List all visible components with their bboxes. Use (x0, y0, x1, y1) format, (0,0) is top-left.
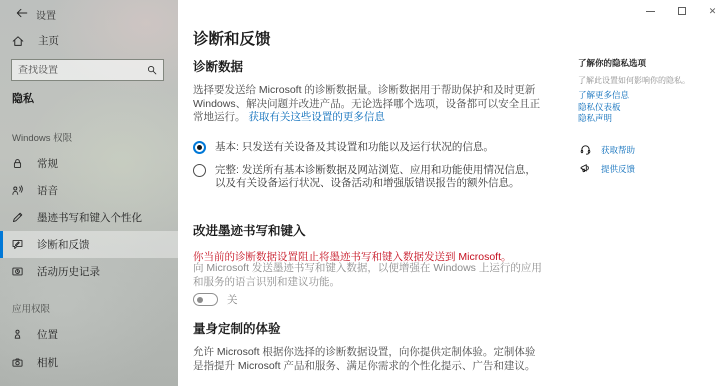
sidebar-item-activity-history[interactable]: 活动历史记录 (0, 258, 178, 285)
sidebar-item-general[interactable]: 常规 (0, 150, 178, 177)
privacy-links: 了解更多信息 隐私仪表板 隐私声明 (578, 90, 629, 125)
main-content: ✕ 诊断和反馈 诊断数据 选择要发送给 Microsoft 的诊断数据量。诊断数… (178, 0, 728, 386)
sidebar-item-label: 诊断和反馈 (37, 237, 90, 252)
radio-option-label: 完整: 发送所有基本诊断数据及网站浏览、应用和功能使用情况信息，以及有关设备运行… (215, 164, 537, 190)
tailored-description: 允许 Microsoft 根据你选择的诊断数据设置，向你提供定制体验。定制体验是… (193, 346, 545, 373)
sidebar-item-label: 常规 (37, 156, 58, 171)
sidebar-item-label: 相机 (37, 355, 58, 370)
sidebar-item-location[interactable]: 位置 (0, 321, 178, 348)
page-title: 诊断和反馈 (193, 27, 271, 49)
titlebar-left: 设置 (0, 0, 178, 26)
category-title: 隐私 (12, 90, 34, 106)
radio-unselected-icon[interactable] (193, 164, 206, 177)
settings-window: 设置 主页 隐私 Windows 权限 常规 语音 墨迹书写和键入个性化 诊断和… (0, 0, 728, 386)
get-help-link[interactable]: 获取帮助 (601, 144, 635, 156)
search-input[interactable] (12, 65, 146, 76)
inking-icon (11, 211, 24, 224)
get-help-row[interactable]: 获取帮助 (579, 143, 635, 156)
nav-group-header: 应用权限 (12, 301, 50, 315)
lock-icon (11, 157, 24, 170)
sidebar: 设置 主页 隐私 Windows 权限 常规 语音 墨迹书写和键入个性化 诊断和… (0, 0, 178, 386)
diagnostics-feedback-icon (11, 238, 24, 251)
sidebar-item-camera[interactable]: 相机 (0, 349, 178, 376)
back-arrow-icon (15, 6, 29, 20)
toggle-knob (197, 297, 203, 303)
camera-icon (11, 356, 24, 369)
radio-selected-icon[interactable] (193, 141, 206, 154)
sidebar-item-label: 活动历史记录 (37, 264, 100, 279)
learn-more-settings-link[interactable]: 获取有关这些设置的更多信息 (248, 111, 385, 123)
toggle-state-label: 关 (227, 292, 238, 307)
sidebar-item-label: 主页 (38, 33, 59, 48)
radio-option-basic[interactable]: 基本: 只发送有关设备及其设置和功能以及运行状况的信息。 (193, 141, 537, 154)
search-icon (146, 64, 158, 76)
get-help-icon (579, 143, 592, 156)
section-heading-inking: 改进墨迹书写和键入 (193, 221, 306, 239)
section-heading-tailored: 量身定制的体验 (193, 319, 281, 337)
location-icon (11, 328, 24, 341)
inking-toggle-row: 关 (193, 292, 238, 307)
sidebar-item-label: 墨迹书写和键入个性化 (37, 210, 142, 225)
section-heading-diagnostic-data: 诊断数据 (193, 57, 243, 75)
speech-icon (11, 184, 24, 197)
sidebar-item-label: 位置 (37, 327, 58, 342)
sidebar-item-diagnostics-feedback[interactable]: 诊断和反馈 (0, 231, 178, 258)
home-icon (11, 34, 25, 48)
back-button[interactable] (9, 3, 35, 23)
app-title: 设置 (36, 7, 56, 22)
privacy-options-heading: 了解你的隐私选项 (578, 57, 646, 69)
sidebar-item-label: 语音 (37, 183, 58, 198)
search-box[interactable] (11, 59, 164, 81)
help-column: 了解你的隐私选项 了解此设置如何影响你的隐私。 了解更多信息 隐私仪表板 隐私声… (578, 0, 726, 386)
privacy-dashboard-link[interactable]: 隐私仪表板 (578, 102, 629, 114)
feedback-icon (579, 162, 592, 175)
inking-description: 向 Microsoft 发送墨迹书写和键入数据，以便增强在 Windows 上运… (193, 262, 545, 289)
sidebar-item-home[interactable]: 主页 (0, 28, 178, 53)
toggle-off-switch[interactable] (193, 293, 218, 306)
privacy-statement-link[interactable]: 隐私声明 (578, 113, 629, 125)
activity-history-icon (11, 265, 24, 278)
radio-option-label: 基本: 只发送有关设备及其设置和功能以及运行状况的信息。 (215, 141, 537, 154)
diagnostic-data-description: 选择要发送给 Microsoft 的诊断数据量。诊断数据用于帮助保护和及时更新 … (193, 84, 545, 125)
sidebar-item-speech[interactable]: 语音 (0, 177, 178, 204)
feedback-link[interactable]: 提供反馈 (601, 163, 635, 175)
learn-more-link[interactable]: 了解更多信息 (578, 90, 629, 102)
sidebar-item-inking-typing[interactable]: 墨迹书写和键入个性化 (0, 204, 178, 231)
feedback-row[interactable]: 提供反馈 (579, 162, 635, 175)
radio-option-full[interactable]: 完整: 发送所有基本诊断数据及网站浏览、应用和功能使用情况信息，以及有关设备运行… (193, 164, 537, 190)
nav-group-header: Windows 权限 (12, 130, 72, 144)
privacy-options-subheading: 了解此设置如何影响你的隐私。 (578, 75, 690, 86)
